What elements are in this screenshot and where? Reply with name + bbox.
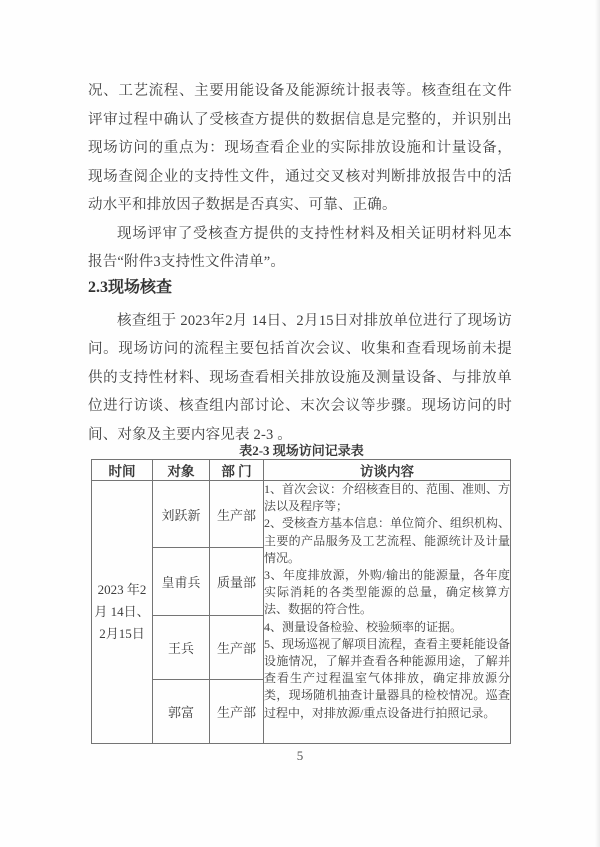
department-cell: 生产部 bbox=[210, 680, 264, 744]
page-content: 况、工艺流程、主要用能设备及能源统计报表等。核查组在文件评审过程中确认了受核查方… bbox=[88, 77, 512, 744]
department-cell: 生产部 bbox=[210, 481, 264, 548]
interview-item: 3、年度排放源，外购/输出的能源量，各年度实际消耗的各类型能源的总量，确定核算方… bbox=[264, 567, 510, 619]
column-header-person: 对象 bbox=[153, 460, 210, 481]
page-number: 5 bbox=[0, 748, 600, 764]
person-cell: 刘跃新 bbox=[153, 481, 210, 548]
column-header-department: 部 门 bbox=[210, 460, 264, 481]
time-cell: 2023 年2 月 14日、 2月15日 bbox=[92, 481, 153, 744]
paragraph-onsite-review: 现场评审了受核查方提供的支持性材料及相关证明材料见本报告“附件3支持性文件清单”… bbox=[88, 220, 512, 277]
person-cell: 王兵 bbox=[153, 616, 210, 680]
department-cell: 质量部 bbox=[210, 548, 264, 616]
interview-item: 4、测量设备检验、校验频率的证据。 bbox=[264, 619, 510, 636]
section-heading-onsite-verification: 2.3现场核查 bbox=[88, 277, 512, 299]
time-line: 月 14日、 bbox=[92, 601, 152, 623]
time-line: 2023 年2 bbox=[92, 579, 152, 601]
paragraph-site-visit-process: 核查组于 2023年2月 14日、2月15日对排放单位进行了现场访问。现场访问的… bbox=[88, 307, 512, 450]
department-cell: 生产部 bbox=[210, 616, 264, 680]
site-visit-record-table: 时间 对象 部 门 访谈内容 2023 年2 月 14日、 2月15日 刘跃新 … bbox=[91, 459, 511, 744]
person-cell: 郭富 bbox=[153, 680, 210, 744]
interview-content-cell: 1、首次会议：介绍核查目的、范围、准则、方法以及程序等； 2、受核查方基本信息：… bbox=[264, 481, 511, 744]
interview-item: 1、首次会议：介绍核查目的、范围、准则、方法以及程序等； bbox=[264, 481, 510, 515]
time-line: 2月15日 bbox=[92, 623, 152, 645]
column-header-interview-content: 访谈内容 bbox=[264, 460, 511, 481]
interview-item: 5、现场巡视了解项目流程，查看主要耗能设备设施情况，了解并查看各种能源用途，了解… bbox=[264, 636, 510, 722]
person-cell: 皇甫兵 bbox=[153, 548, 210, 616]
interview-item: 2、受核查方基本信息：单位简介、组织机构、主要的产品服务及工艺流程、能源统计及计… bbox=[264, 515, 510, 567]
document-page: 况、工艺流程、主要用能设备及能源统计报表等。核查组在文件评审过程中确认了受核查方… bbox=[0, 0, 600, 847]
paragraph-document-review: 况、工艺流程、主要用能设备及能源统计报表等。核查组在文件评审过程中确认了受核查方… bbox=[88, 77, 512, 220]
table-header-row: 时间 对象 部 门 访谈内容 bbox=[92, 460, 511, 481]
table-row: 2023 年2 月 14日、 2月15日 刘跃新 生产部 1、首次会议：介绍核查… bbox=[92, 481, 511, 548]
column-header-time: 时间 bbox=[92, 460, 153, 481]
